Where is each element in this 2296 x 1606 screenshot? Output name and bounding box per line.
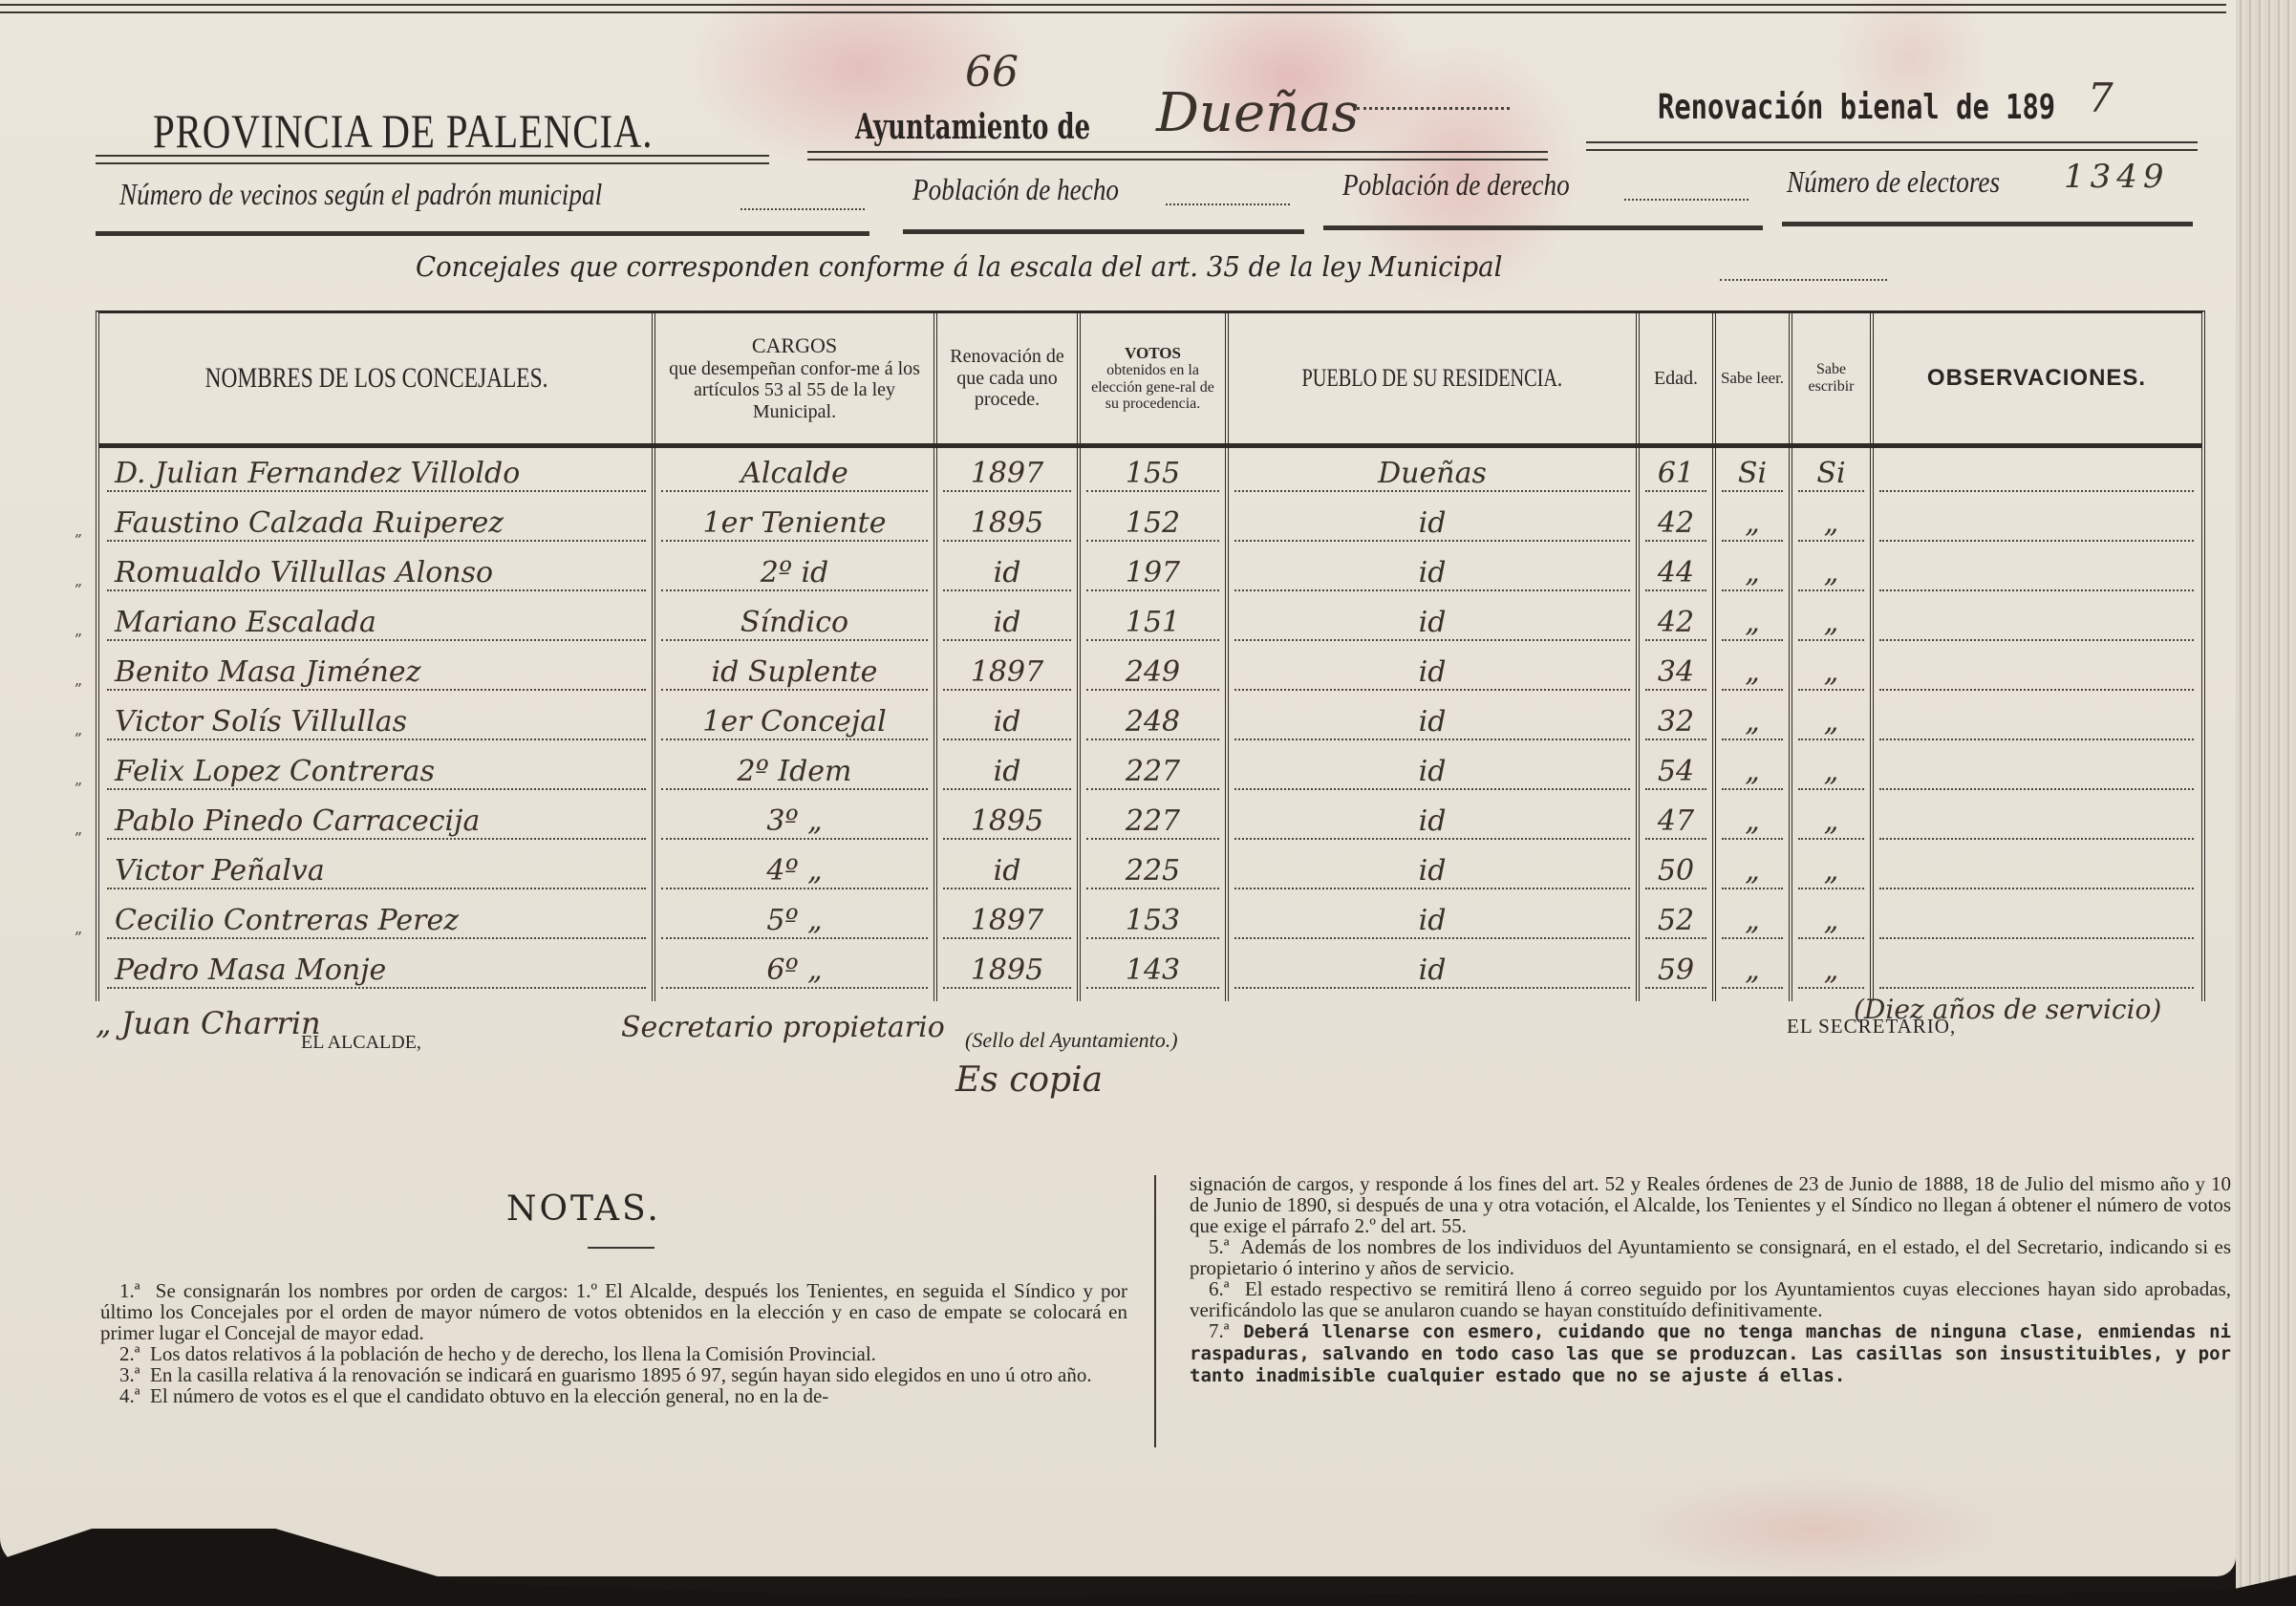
dotted-fill-line	[1722, 788, 1783, 790]
cell-leer[interactable]: „	[1714, 599, 1791, 649]
nota-4: 4.ª El número de votos es el que el cand…	[100, 1385, 1127, 1406]
cell-nombre-value: Felix Lopez Contreras	[99, 755, 654, 788]
dotted-fill-line	[1722, 739, 1783, 740]
cell-votos[interactable]: 227	[1079, 798, 1227, 847]
cell-leer-value: „	[1714, 804, 1791, 838]
cell-renovacion-value: id	[935, 606, 1079, 639]
dotted-fill-line	[1234, 689, 1630, 691]
dotted-fill-line	[1722, 888, 1783, 889]
cell-renovacion-value: 1895	[935, 953, 1079, 987]
cell-votos[interactable]: 197	[1079, 549, 1227, 599]
cell-escribir[interactable]: „	[1791, 947, 1872, 996]
dotted-fill-line	[661, 838, 928, 840]
cell-pueblo-value: id	[1227, 804, 1638, 838]
cell-leer-value: „	[1714, 755, 1791, 788]
electores-rule	[1782, 222, 2193, 226]
ayuntamiento-dotted-line	[1357, 107, 1510, 110]
cell-nombre[interactable]: D. Julian Fernandez Villoldo	[99, 450, 654, 500]
cell-cargo[interactable]: 6º „	[654, 947, 935, 996]
cell-renovacion[interactable]: id	[935, 549, 1079, 599]
cell-renovacion-value: 1897	[935, 457, 1079, 490]
dotted-fill-line	[661, 739, 928, 740]
cell-renovacion-value: 1895	[935, 506, 1079, 540]
cell-escribir[interactable]: „	[1791, 698, 1872, 748]
province-title: PROVINCIA DE PALENCIA.	[153, 103, 653, 159]
cell-votos-value: 151	[1079, 606, 1227, 639]
cell-renovacion[interactable]: 1897	[935, 450, 1079, 500]
dotted-fill-line	[1722, 838, 1783, 840]
cell-cargo-value: 5º „	[654, 904, 935, 937]
dotted-fill-line	[1234, 937, 1630, 939]
dotted-fill-line	[661, 888, 928, 889]
notas-column-divider	[1154, 1175, 1156, 1447]
dotted-fill-line	[1798, 788, 1864, 790]
cell-leer[interactable]: „	[1714, 798, 1791, 847]
cell-nombre[interactable]: Felix Lopez Contreras„	[99, 748, 654, 798]
cell-cargo-value: Alcalde	[654, 457, 935, 490]
cell-cargo[interactable]: 4º „	[654, 847, 935, 897]
header-votos-title: VOTOS	[1125, 344, 1181, 362]
cell-nombre[interactable]: Mariano Escalada„	[99, 599, 654, 649]
dotted-fill-line	[1086, 589, 1219, 591]
nota-number: 2.ª	[119, 1342, 140, 1365]
cell-escribir-value: „	[1791, 705, 1872, 739]
cell-leer-value: Si	[1714, 457, 1791, 490]
cell-nombre-value: Pedro Masa Monje	[99, 953, 654, 987]
table-row: Victor Solís Villullas„1er Concejalid248…	[99, 698, 2201, 748]
top-border-rule	[0, 4, 2226, 13]
dotted-fill-line	[1798, 838, 1864, 840]
dotted-fill-line	[1645, 987, 1706, 989]
nota-text: El número de votos es el que el candidat…	[150, 1384, 828, 1407]
dotted-fill-line	[1798, 639, 1864, 641]
renovacion-rule	[1586, 141, 2198, 151]
dotted-fill-line	[943, 788, 1071, 790]
nota-1: 1.ª Se consignarán los nombres por orden…	[100, 1280, 1127, 1343]
table-row: Romualdo Villullas Alonso„2º idid197id44…	[99, 549, 2201, 599]
cell-leer-value: „	[1714, 953, 1791, 987]
vecinos-field[interactable]	[740, 208, 865, 210]
cell-renovacion-value: id	[935, 556, 1079, 589]
notas-left-column: 1.ª Se consignarán los nombres por orden…	[100, 1280, 1127, 1406]
cell-pueblo-value: Dueñas	[1227, 457, 1638, 490]
cell-edad[interactable]: 59	[1638, 947, 1714, 996]
dotted-fill-line	[1645, 639, 1706, 641]
cell-leer[interactable]: „	[1714, 897, 1791, 947]
cell-nombre[interactable]: Victor Peñalva	[99, 847, 654, 897]
cell-votos[interactable]: 227	[1079, 748, 1227, 798]
province-title-rule	[96, 155, 769, 164]
cell-cargo-value: 2º Idem	[654, 755, 935, 788]
poblacion-hecho-rule	[903, 229, 1304, 234]
cell-leer[interactable]: Si	[1714, 450, 1791, 500]
concejales-table: NOMBRES DE LOS CONCEJALES. CARGOS que de…	[96, 310, 2205, 1001]
dotted-fill-line	[1879, 639, 2194, 641]
cell-renovacion[interactable]: id	[935, 698, 1079, 748]
vecinos-label: Número de vecinos según el padrón munici…	[119, 177, 602, 212]
cell-nombre-value: D. Julian Fernandez Villoldo	[99, 457, 654, 490]
dotted-fill-line	[1645, 788, 1706, 790]
cell-escribir[interactable]: „	[1791, 798, 1872, 847]
cell-obs[interactable]	[1872, 450, 2201, 500]
cell-renovacion[interactable]: 1895	[935, 500, 1079, 549]
cell-renovacion-value: 1897	[935, 904, 1079, 937]
cell-cargo[interactable]: 3º „	[654, 798, 935, 847]
dotted-fill-line	[107, 589, 646, 591]
cell-pueblo-value: id	[1227, 506, 1638, 540]
cell-votos-value: 248	[1079, 705, 1227, 739]
cell-cargo-value: 1er Teniente	[654, 506, 935, 540]
cell-edad[interactable]: 50	[1638, 847, 1714, 897]
electores-value: 1349	[2064, 158, 2170, 196]
cell-edad[interactable]: 44	[1638, 549, 1714, 599]
cell-edad[interactable]: 54	[1638, 748, 1714, 798]
cell-cargo[interactable]: 5º „	[654, 897, 935, 947]
cell-renovacion[interactable]: 1895	[935, 798, 1079, 847]
cell-renovacion[interactable]: 1897	[935, 897, 1079, 947]
cell-votos[interactable]: 143	[1079, 947, 1227, 996]
cell-nombre[interactable]: Pedro Masa Monje	[99, 947, 654, 996]
dotted-fill-line	[1086, 540, 1219, 542]
header-nombres: NOMBRES DE LOS CONCEJALES.	[99, 313, 654, 443]
cell-escribir[interactable]: „	[1791, 649, 1872, 698]
cell-obs[interactable]	[1872, 847, 2201, 897]
cell-votos-value: 225	[1079, 854, 1227, 888]
dotted-fill-line	[107, 739, 646, 740]
cell-cargo[interactable]: id Suplente	[654, 649, 935, 698]
header-pueblo: PUEBLO DE SU RESIDENCIA.	[1227, 313, 1638, 443]
dotted-fill-line	[1234, 788, 1630, 790]
dotted-fill-line	[1086, 888, 1219, 889]
dotted-fill-line	[661, 788, 928, 790]
cell-renovacion[interactable]: 1895	[935, 947, 1079, 996]
cell-cargo-value: 1er Concejal	[654, 705, 935, 739]
cell-renovacion[interactable]: id	[935, 599, 1079, 649]
dotted-fill-line	[1879, 937, 2194, 939]
cell-escribir[interactable]: „	[1791, 847, 1872, 897]
cell-votos-value: 249	[1079, 655, 1227, 689]
cell-obs[interactable]	[1872, 798, 2201, 847]
nota-text: Se consignarán los nombres por orden de …	[100, 1279, 1127, 1344]
dotted-fill-line	[1234, 888, 1630, 889]
dotted-fill-line	[1086, 689, 1219, 691]
cell-cargo-value: Síndico	[654, 606, 935, 639]
dotted-fill-line	[943, 689, 1071, 691]
dotted-fill-line	[1234, 540, 1630, 542]
cell-obs[interactable]	[1872, 649, 2201, 698]
cell-votos[interactable]: 248	[1079, 698, 1227, 748]
cell-votos-value: 152	[1079, 506, 1227, 540]
dotted-fill-line	[1879, 589, 2194, 591]
dotted-fill-line	[661, 689, 928, 691]
cell-leer[interactable]: „	[1714, 549, 1791, 599]
cell-leer[interactable]: „	[1714, 748, 1791, 798]
dotted-fill-line	[107, 937, 646, 939]
cell-escribir-value: „	[1791, 755, 1872, 788]
cell-leer[interactable]: „	[1714, 947, 1791, 996]
cell-obs[interactable]	[1872, 599, 2201, 649]
cell-cargo[interactable]: 2º Idem	[654, 748, 935, 798]
cell-pueblo-value: id	[1227, 606, 1638, 639]
table-row: Victor Peñalva4º „id225id50„„	[99, 847, 2201, 897]
cell-escribir-value: „	[1791, 506, 1872, 540]
header-sabe-escribir: Sabe escribir	[1791, 313, 1872, 443]
dotted-fill-line	[1722, 490, 1783, 492]
dotted-fill-line	[1722, 639, 1783, 641]
cell-votos[interactable]: 152	[1079, 500, 1227, 549]
header-sabe-leer-text: Sabe leer.	[1721, 369, 1784, 387]
nota-5: 5.ª Además de los nombres de los individ…	[1190, 1236, 2231, 1278]
cell-obs[interactable]	[1872, 500, 2201, 549]
cell-obs[interactable]	[1872, 947, 2201, 996]
cell-pueblo[interactable]: id	[1227, 847, 1638, 897]
nota-number: 4.ª	[119, 1384, 140, 1407]
cell-nombre-value: Victor Solís Villullas	[99, 705, 654, 739]
cell-escribir[interactable]: „	[1791, 500, 1872, 549]
table-row: Faustino Calzada Ruiperez„1er Teniente18…	[99, 500, 2201, 549]
dotted-fill-line	[107, 639, 646, 641]
dotted-fill-line	[1086, 739, 1219, 740]
nota-text: Los datos relativos á la población de he…	[150, 1342, 876, 1365]
header-edad: Edad.	[1638, 313, 1714, 443]
notas-separator	[588, 1247, 654, 1249]
dotted-fill-line	[1798, 987, 1864, 989]
cell-obs[interactable]	[1872, 748, 2201, 798]
cell-votos[interactable]: 155	[1079, 450, 1227, 500]
dotted-fill-line	[1879, 838, 2194, 840]
dotted-fill-line	[1645, 689, 1706, 691]
cell-cargo-value: 6º „	[654, 953, 935, 987]
cell-nombre-value: Romualdo Villullas Alonso	[99, 556, 654, 589]
cell-renovacion-value: 1895	[935, 804, 1079, 838]
nota-4-continuation: signación de cargos, y responde á los fi…	[1190, 1173, 2231, 1236]
cell-edad[interactable]: 32	[1638, 698, 1714, 748]
cell-renovacion[interactable]: id	[935, 847, 1079, 897]
dotted-fill-line	[1086, 987, 1219, 989]
dotted-fill-line	[1645, 589, 1706, 591]
cell-pueblo[interactable]: id	[1227, 649, 1638, 698]
cell-escribir-value: „	[1791, 655, 1872, 689]
dotted-fill-line	[1798, 589, 1864, 591]
alcalde-label: EL ALCALDE,	[301, 1032, 421, 1054]
nota-number: 3.ª	[119, 1363, 140, 1386]
nota-text: Además de los nombres de los individuos …	[1190, 1235, 2231, 1279]
cell-escribir-value: Si	[1791, 457, 1872, 490]
dotted-fill-line	[1798, 689, 1864, 691]
table-row: Cecilio Contreras Perez„5º „1897153id52„…	[99, 897, 2201, 947]
cell-escribir[interactable]: „	[1791, 599, 1872, 649]
cell-pueblo-value: id	[1227, 705, 1638, 739]
cell-pueblo[interactable]: id	[1227, 947, 1638, 996]
nota-number: 1.ª	[119, 1279, 140, 1302]
cell-nombre[interactable]: Pablo Pinedo Carracecija„	[99, 798, 654, 847]
cell-edad-value: 59	[1638, 953, 1714, 987]
cell-cargo-value: 4º „	[654, 854, 935, 888]
cell-nombre-value: Faustino Calzada Ruiperez	[99, 506, 654, 540]
nota-text: El estado respectivo se remitirá lleno á…	[1190, 1277, 2231, 1321]
table-row: Felix Lopez Contreras„2º Idemid227id54„„	[99, 748, 2201, 798]
cell-pueblo[interactable]: id	[1227, 500, 1638, 549]
cell-edad[interactable]: 34	[1638, 649, 1714, 698]
cell-escribir[interactable]: „	[1791, 748, 1872, 798]
ditto-mark: „	[75, 571, 82, 589]
concejales-line-label: Concejales que corresponden conforme á l…	[416, 250, 1502, 283]
folio-number: 66	[965, 48, 1019, 96]
cell-cargo-value: 2º id	[654, 556, 935, 589]
cell-renovacion-value: id	[935, 755, 1079, 788]
ayuntamiento-label: Ayuntamiento de	[855, 107, 1090, 147]
cell-cargo[interactable]: Síndico	[654, 599, 935, 649]
cell-edad-value: 52	[1638, 904, 1714, 937]
dotted-fill-line	[1798, 888, 1864, 889]
cell-edad-value: 44	[1638, 556, 1714, 589]
nota-number: 5.ª	[1209, 1235, 1230, 1258]
electores-label: Número de electores	[1787, 164, 2000, 200]
dotted-fill-line	[943, 739, 1071, 740]
nota-2: 2.ª Los datos relativos á la población d…	[100, 1343, 1127, 1364]
dotted-fill-line	[1234, 838, 1630, 840]
cell-edad[interactable]: 52	[1638, 897, 1714, 947]
dotted-fill-line	[943, 937, 1071, 939]
cell-cargo[interactable]: 1er Concejal	[654, 698, 935, 748]
dotted-fill-line	[1879, 689, 2194, 691]
cell-edad[interactable]: 61	[1638, 450, 1714, 500]
cell-renovacion[interactable]: 1897	[935, 649, 1079, 698]
dotted-fill-line	[1645, 540, 1706, 542]
poblacion-hecho-field[interactable]	[1166, 203, 1290, 205]
dotted-fill-line	[1879, 490, 2194, 492]
dotted-fill-line	[1234, 639, 1630, 641]
ditto-mark: „	[75, 770, 82, 788]
dotted-fill-line	[1879, 739, 2194, 740]
cell-escribir[interactable]: „	[1791, 549, 1872, 599]
poblacion-derecho-label: Población de derecho	[1342, 167, 1570, 203]
dotted-fill-line	[107, 838, 646, 840]
cell-escribir[interactable]: „	[1791, 897, 1872, 947]
dotted-fill-line	[1879, 788, 2194, 790]
secretary-name-signature: „ Juan Charrin	[96, 1005, 321, 1041]
cell-edad-value: 34	[1638, 655, 1714, 689]
nota-6: 6.ª El estado respectivo se remitirá lle…	[1190, 1278, 2231, 1320]
poblacion-derecho-field[interactable]	[1624, 199, 1749, 201]
cell-leer-value: „	[1714, 705, 1791, 739]
sello-label: (Sello del Ayuntamiento.)	[965, 1028, 1178, 1053]
cell-nombre[interactable]: Cecilio Contreras Perez„	[99, 897, 654, 947]
cell-nombre-value: Pablo Pinedo Carracecija	[99, 804, 654, 838]
cell-leer-value: „	[1714, 506, 1791, 540]
cell-escribir-value: „	[1791, 804, 1872, 838]
cell-pueblo[interactable]: id	[1227, 748, 1638, 798]
cell-nombre[interactable]: Victor Solís Villullas„	[99, 698, 654, 748]
ditto-mark: „	[75, 671, 82, 689]
cell-nombre[interactable]: Benito Masa Jiménez„	[99, 649, 654, 698]
cell-pueblo-value: id	[1227, 655, 1638, 689]
cell-votos-value: 227	[1079, 804, 1227, 838]
dotted-fill-line	[943, 838, 1071, 840]
cell-pueblo[interactable]: id	[1227, 549, 1638, 599]
nota-text: Deberá llenarse con esmero, cuidando que…	[1190, 1321, 2231, 1386]
cell-escribir-value: „	[1791, 556, 1872, 589]
cell-obs[interactable]	[1872, 897, 2201, 947]
cell-pueblo[interactable]: Dueñas	[1227, 450, 1638, 500]
cell-leer[interactable]: „	[1714, 847, 1791, 897]
cell-votos[interactable]: 153	[1079, 897, 1227, 947]
cell-nombre-value: Victor Peñalva	[99, 854, 654, 888]
table-row: D. Julian Fernandez VilloldoAlcalde18971…	[99, 450, 2201, 500]
dotted-fill-line	[1798, 937, 1864, 939]
notas-right-column: signación de cargos, y responde á los fi…	[1190, 1173, 2231, 1386]
cell-pueblo[interactable]: id	[1227, 698, 1638, 748]
dotted-fill-line	[1645, 490, 1706, 492]
cell-votos[interactable]: 151	[1079, 599, 1227, 649]
poblacion-derecho-rule	[1323, 225, 1763, 230]
vecinos-rule	[96, 231, 869, 236]
cell-pueblo-value: id	[1227, 953, 1638, 987]
header-cargos: CARGOS que desempeñan confor-me á los ar…	[654, 313, 935, 443]
cell-leer[interactable]: „	[1714, 500, 1791, 549]
cell-escribir[interactable]: Si	[1791, 450, 1872, 500]
nota-number: 6.ª	[1209, 1277, 1230, 1300]
cell-pueblo-value: id	[1227, 556, 1638, 589]
cell-renovacion[interactable]: id	[935, 748, 1079, 798]
dotted-fill-line	[943, 888, 1071, 889]
cell-votos[interactable]: 225	[1079, 847, 1227, 897]
cell-edad-value: 42	[1638, 506, 1714, 540]
cell-nombre[interactable]: Romualdo Villullas Alonso„	[99, 549, 654, 599]
cell-cargo[interactable]: Alcalde	[654, 450, 935, 500]
cell-edad[interactable]: 42	[1638, 500, 1714, 549]
cell-leer[interactable]: „	[1714, 698, 1791, 748]
concejales-field[interactable]	[1720, 279, 1887, 281]
dotted-fill-line	[1234, 589, 1630, 591]
cell-edad[interactable]: 42	[1638, 599, 1714, 649]
cell-pueblo[interactable]: id	[1227, 599, 1638, 649]
cell-cargo-value: id Suplente	[654, 655, 935, 689]
cell-edad-value: 61	[1638, 457, 1714, 490]
dotted-fill-line	[1722, 937, 1783, 939]
dotted-fill-line	[1086, 838, 1219, 840]
cell-leer[interactable]: „	[1714, 649, 1791, 698]
dotted-fill-line	[1879, 987, 2194, 989]
cell-leer-value: „	[1714, 904, 1791, 937]
dotted-fill-line	[1879, 888, 2194, 889]
dotted-fill-line	[1798, 490, 1864, 492]
cell-leer-value: „	[1714, 655, 1791, 689]
dotted-fill-line	[661, 987, 928, 989]
nota-7: 7.ª Deberá llenarse con esmero, cuidando…	[1190, 1320, 2231, 1386]
cell-votos[interactable]: 249	[1079, 649, 1227, 698]
cell-pueblo[interactable]: id	[1227, 798, 1638, 847]
document-page: 66 PROVINCIA DE PALENCIA. Ayuntamiento d…	[0, 0, 2236, 1576]
cell-cargo[interactable]: 2º id	[654, 549, 935, 599]
ditto-mark: „	[75, 820, 82, 838]
ditto-mark: „	[75, 720, 82, 739]
cell-obs[interactable]	[1872, 549, 2201, 599]
cell-nombre[interactable]: Faustino Calzada Ruiperez„	[99, 500, 654, 549]
cell-edad[interactable]: 47	[1638, 798, 1714, 847]
cell-nombre-value: Benito Masa Jiménez	[99, 655, 654, 689]
secretario-label: EL SECRETARIO,	[1787, 1015, 1956, 1039]
cell-pueblo[interactable]: id	[1227, 897, 1638, 947]
dotted-fill-line	[943, 639, 1071, 641]
cell-cargo[interactable]: 1er Teniente	[654, 500, 935, 549]
cell-votos-value: 143	[1079, 953, 1227, 987]
cell-obs[interactable]	[1872, 698, 2201, 748]
header-sabe-leer: Sabe leer.	[1714, 313, 1791, 443]
header-votos: VOTOS obtenidos en la elección gene-ral …	[1079, 313, 1227, 443]
nota-3: 3.ª En la casilla relativa á la renovaci…	[100, 1364, 1127, 1385]
notas-title: NOTAS.	[506, 1189, 661, 1229]
